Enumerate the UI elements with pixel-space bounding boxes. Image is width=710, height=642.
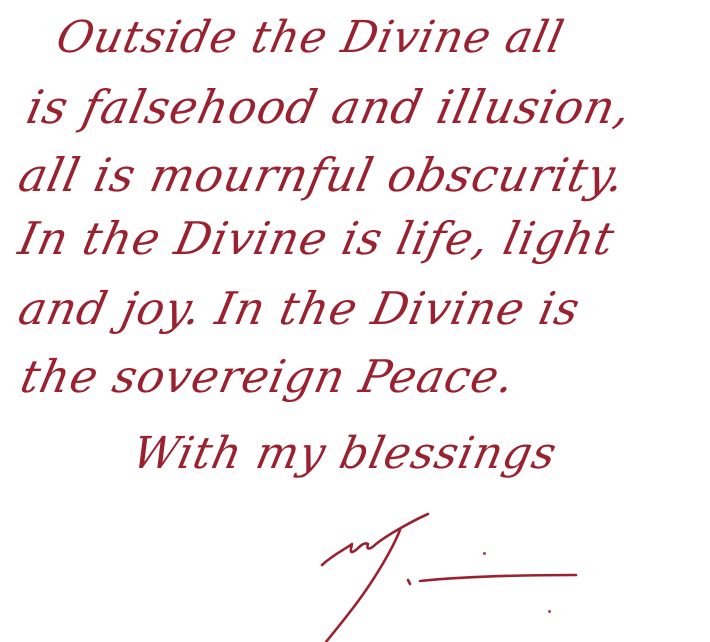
note-line-1: Outside the Divine all: [52, 12, 569, 63]
note-line-4: In the Divine is life, light: [14, 212, 620, 265]
closing-line: With my blessings: [128, 428, 562, 479]
ink-dot: [483, 552, 486, 555]
note-line-2: is falsehood and illusion,: [22, 80, 637, 134]
handwritten-note: Outside the Divine all is falsehood and …: [0, 0, 710, 642]
ink-dot: [548, 610, 551, 613]
note-line-6: the sovereign Peace.: [16, 350, 520, 403]
note-line-5: and joy. In the Divine is: [14, 282, 585, 335]
signature: [300, 510, 600, 642]
note-line-3: all is mournful obscurity.: [14, 148, 630, 202]
